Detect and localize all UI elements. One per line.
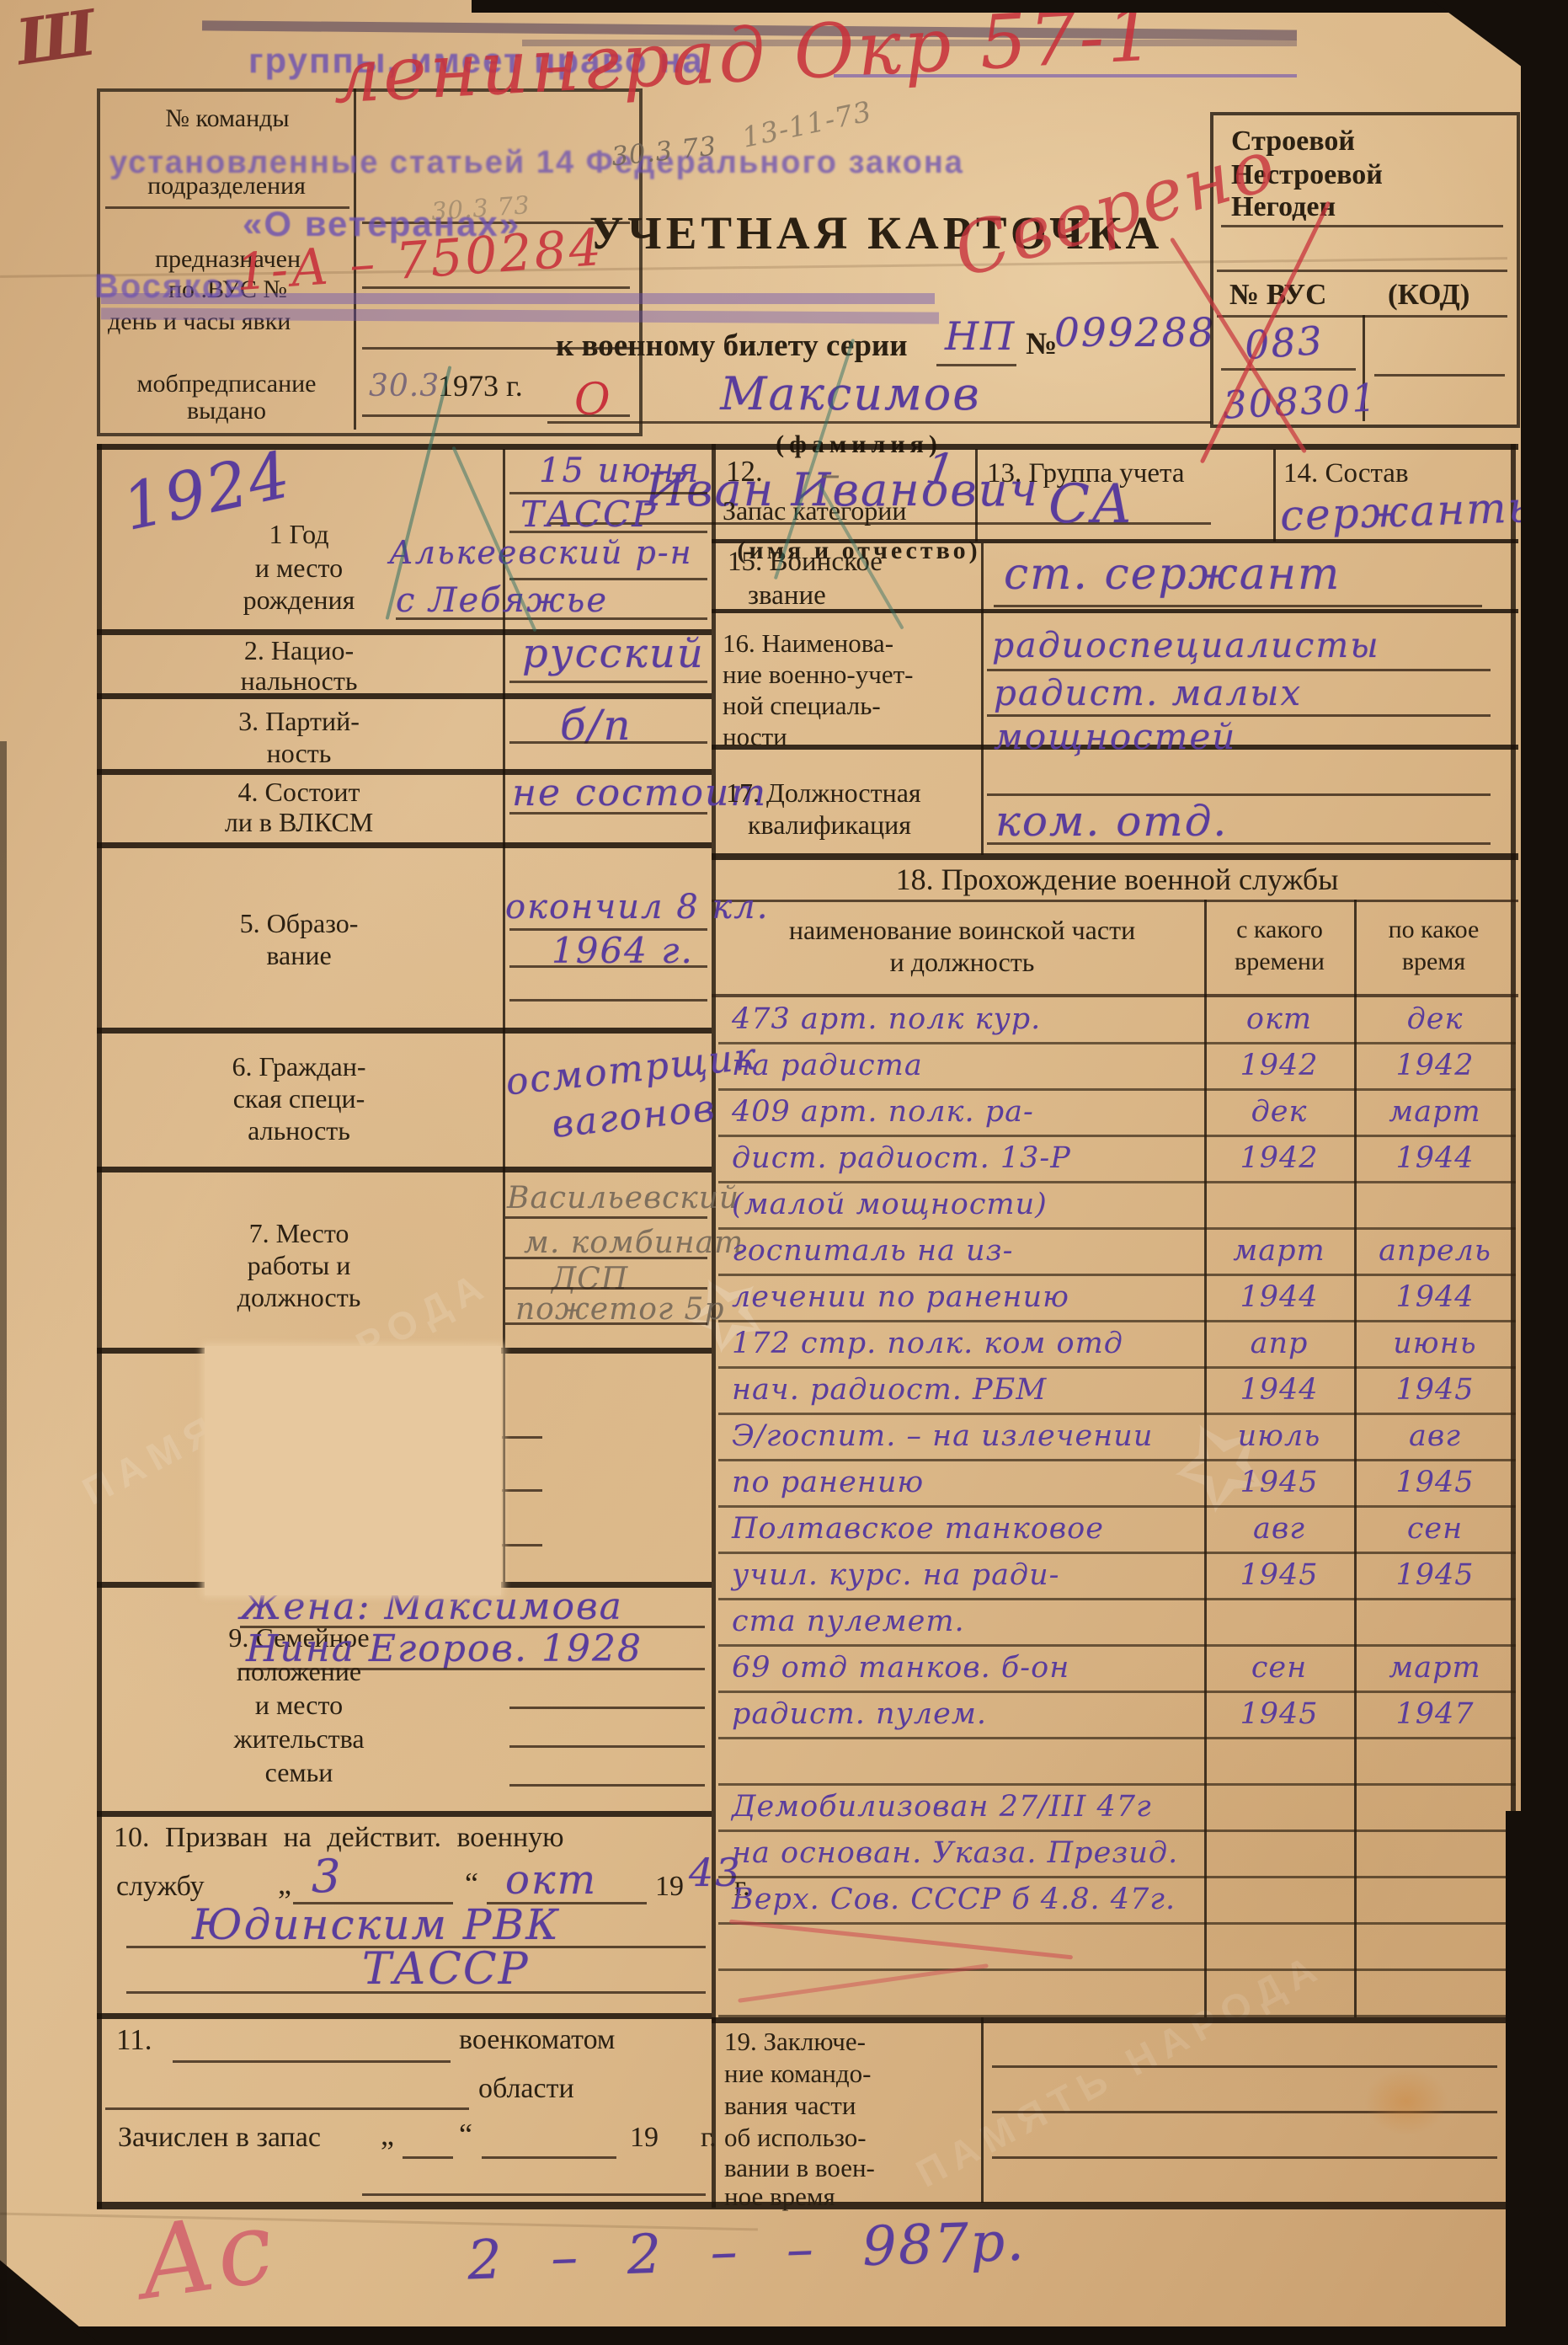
value-rule (509, 578, 707, 580)
nationality-value: русский (522, 630, 705, 677)
field6-label: альность (101, 1117, 497, 1146)
field6-label: ская специ- (101, 1085, 497, 1114)
service-cell: дек (1354, 998, 1516, 1044)
service-cell: ста пулемет. (718, 1600, 1204, 1647)
tally-note: 2 – 2 – – 987р. (467, 2210, 1027, 2292)
red-initials: Ас (131, 2187, 282, 2321)
service-cell: дист. радиост. 13-Р (718, 1137, 1204, 1183)
service-cell: 69 отд танков. б-он (718, 1647, 1204, 1693)
service-col-header-unit: наименование воинской части (724, 916, 1200, 945)
service-cell: окт (1204, 998, 1354, 1044)
service-line: радист. пулем.19451947 (718, 1693, 1516, 1739)
series-value: НП (945, 313, 1016, 359)
service-cell: 473 арт. полк кур. (718, 998, 1204, 1044)
field16-label: 16. Наименова- (723, 630, 893, 658)
value-rule (396, 617, 707, 620)
value-rule (509, 741, 707, 744)
surname-rule (547, 421, 1211, 424)
field4-label: 4. Состоит (101, 778, 497, 807)
draft-day-value: 3 (312, 1850, 342, 1903)
value-rule (105, 2107, 469, 2110)
service-cell: 1945 (1354, 1369, 1516, 1415)
military-specialty-value: мощностей (994, 716, 1236, 757)
service-line: нач. радиост. РБМ19441945 (718, 1369, 1516, 1415)
service-line: лечении по ранению19441944 (718, 1276, 1516, 1322)
service-line (718, 1971, 1516, 2017)
value-rule (505, 1322, 707, 1325)
service-line: на радиста19421942 (718, 1044, 1516, 1091)
field7-label: должность (101, 1284, 497, 1312)
birth-date-value: 15 июня (539, 451, 700, 490)
workplace-value: Васильевский (507, 1181, 739, 1215)
service-cell (1204, 1832, 1354, 1878)
service-col-header-to: по какое (1356, 916, 1512, 943)
field14-label: 14. Состав (1283, 459, 1409, 489)
draft-office-value: Юдинским РВК (192, 1900, 560, 1949)
value-rule (173, 2060, 451, 2063)
value-rule (987, 669, 1491, 671)
field2-label: нальность (101, 667, 497, 696)
row-separator (712, 853, 1518, 860)
row-separator (97, 1811, 712, 1817)
service-line: дист. радиост. 13-Р19421944 (718, 1137, 1516, 1183)
mobilization-date-year: 1973 г. (438, 371, 523, 403)
service-cell (1204, 1600, 1354, 1647)
cell-divider (975, 449, 978, 542)
service-cell: март (1354, 1091, 1516, 1137)
scan-edge-top (472, 0, 1568, 13)
field3-label: ность (101, 740, 497, 768)
service-line: ста пулемет. (718, 1600, 1516, 1647)
value-rule (502, 1544, 542, 1546)
field7-label: работы и (101, 1252, 497, 1280)
field15-label: звание (748, 581, 826, 611)
service-cell: на радиста (718, 1044, 1204, 1091)
number-value: 099288 (1054, 310, 1215, 356)
subtitle: к военному билету серии (556, 330, 908, 363)
service-cell: 1945 (1354, 1554, 1516, 1600)
quote-mark: „ (381, 2119, 394, 2151)
vus-value: 083 (1243, 318, 1325, 368)
service-cell (1354, 1925, 1516, 1971)
field4-label: ли в ВЛКСМ (101, 809, 497, 837)
service-cell: 1942 (1354, 1044, 1516, 1091)
row-separator (97, 842, 712, 848)
service-cell: 1944 (1204, 1369, 1354, 1415)
service-cell: дек (1204, 1091, 1354, 1137)
field12-number: 12. (726, 457, 763, 488)
field6-label: 6. Граждан- (101, 1053, 497, 1082)
stamp-strike (101, 293, 935, 304)
field11-year-print: 19 (630, 2123, 659, 2153)
qualification-value: ком. отд. (995, 797, 1228, 846)
birth-village-value: с Лебяжье (396, 581, 608, 620)
service-cell: апр (1204, 1322, 1354, 1369)
draft-month-value: окт (505, 1856, 597, 1904)
service-cell (1354, 1971, 1516, 2017)
service-line: 409 арт. полк. ра-декмарт (718, 1091, 1516, 1137)
value-rule (987, 793, 1491, 796)
military-specialty-value: радист. малых (994, 672, 1302, 713)
service-cell: Э/госпит. – на излечении (718, 1415, 1204, 1461)
fitness-rule (1221, 225, 1503, 227)
service-cell: 1945 (1354, 1461, 1516, 1508)
record-group-value: СА (1048, 473, 1133, 536)
row-separator (712, 539, 1518, 543)
service-cell (1204, 1183, 1354, 1230)
service-section-title: 18. Прохождение военной службы (718, 864, 1516, 896)
surname-value: Максимов (674, 367, 1027, 420)
value-rule (509, 681, 707, 683)
value-rule (509, 1784, 705, 1787)
rank-value: ст. сержант (1004, 549, 1341, 600)
mobilization-date-day: 30.3 (369, 369, 440, 403)
cell-divider (981, 2017, 984, 2203)
value-rule (482, 2156, 616, 2159)
service-cell (1354, 1739, 1516, 1786)
draft-year-print: 19 (655, 1872, 684, 1902)
field17-label: квалификация (748, 811, 911, 840)
service-line: на основан. Указа. Презид. (718, 1832, 1516, 1878)
value-rule (987, 842, 1491, 845)
service-cell: июль (1204, 1415, 1354, 1461)
service-line: Демобилизован 27/III 47г (718, 1786, 1516, 1832)
field5-label: 5. Образо- (101, 910, 497, 938)
service-cell: апрель (1354, 1230, 1516, 1276)
redaction-patch (205, 1346, 501, 1595)
service-line: Э/госпит. – на излечениииюльавг (718, 1415, 1516, 1461)
service-cell: 1944 (1204, 1276, 1354, 1322)
service-line: учил. курс. на ради-19451945 (718, 1554, 1516, 1600)
service-col-header-to: время (1356, 948, 1512, 975)
service-cell (1204, 1739, 1354, 1786)
birth-district-value: Алькеевский р-н (389, 534, 693, 571)
service-cell: по ранению (718, 1461, 1204, 1508)
military-registration-card: ПАМЯТЬ НАРОДА ПАМЯТЬ НАРОДА ✩ ✩ № команд… (0, 0, 1568, 2345)
service-cell: сен (1354, 1508, 1516, 1554)
field12-label: Запас категории (723, 497, 907, 526)
code-value: 308301 (1222, 375, 1379, 428)
service-cell: март (1354, 1647, 1516, 1693)
value-rule (992, 2156, 1497, 2159)
field11-line3: Зачислен в запас (118, 2123, 321, 2153)
service-line: (малой мощности) (718, 1183, 1516, 1230)
quote-mark: “ (465, 1868, 478, 1900)
service-cell: 1942 (1204, 1044, 1354, 1091)
service-line: госпиталь на из-мартапрель (718, 1230, 1516, 1276)
service-cell (1354, 1878, 1516, 1925)
service-cell: авг (1354, 1415, 1516, 1461)
service-cell: март (1204, 1230, 1354, 1276)
value-rule (509, 812, 707, 815)
service-cell: госпиталь на из- (718, 1230, 1204, 1276)
series-rule (936, 364, 1016, 366)
service-cell: сен (1204, 1647, 1354, 1693)
number-sign: № (1026, 329, 1057, 361)
field2-label: 2. Нацио- (101, 637, 497, 665)
service-cell: учил. курс. на ради- (718, 1554, 1204, 1600)
service-cell: радист. пулем. (718, 1693, 1204, 1739)
field19-label: вания части (724, 2092, 856, 2120)
family-value: Нина Егоров. 1928 (246, 1627, 643, 1670)
service-cell: 1944 (1354, 1276, 1516, 1322)
field11-word1: военкоматом (459, 2025, 615, 2055)
service-line: Верх. Сов. СССР б 4.8. 47г. (718, 1878, 1516, 1925)
paper-edge-shade (0, 741, 7, 2342)
row-separator (97, 1028, 712, 1034)
service-cell: 1945 (1204, 1693, 1354, 1739)
value-rule (505, 1216, 707, 1219)
birth-republic-value: ТАССР (520, 494, 657, 535)
field17-label: 17. Должностная (726, 779, 921, 808)
field16-label: ности (723, 724, 787, 751)
service-line: 473 арт. полк кур.октдек (718, 998, 1516, 1044)
fitness-rule (1221, 368, 1356, 371)
field9-label: семьи (101, 1759, 497, 1787)
red-stray-letter: О (574, 375, 613, 425)
workplace-value: пожетог 5р (515, 1292, 724, 1327)
service-line: 69 отд танков. б-онсенмарт (718, 1647, 1516, 1693)
service-col-header-from: времени (1206, 948, 1353, 975)
field16-label: ние военно-учет- (723, 661, 913, 689)
service-cell: 172 стр. полк. ком отд (718, 1322, 1204, 1369)
service-line (718, 1739, 1516, 1786)
row-separator (712, 2017, 1518, 2023)
field11-number: 11. (116, 2025, 152, 2056)
fitness-rule (1374, 374, 1505, 377)
service-col-header-unit: и должность (724, 948, 1200, 977)
service-cell (1354, 1786, 1516, 1832)
service-cell: 409 арт. полк. ра- (718, 1091, 1204, 1137)
service-cell (1204, 1971, 1354, 2017)
value-rule (505, 1257, 707, 1259)
field19-label: 19. Заключе- (724, 2028, 866, 2056)
service-cell: 1942 (1204, 1137, 1354, 1183)
service-cell (1204, 1878, 1354, 1925)
value-rule (509, 1707, 705, 1709)
military-specialty-value: радиоспециалисты (992, 625, 1380, 665)
row-separator (712, 609, 1518, 613)
value-rule (994, 605, 1482, 607)
service-cell: 1945 (1204, 1461, 1354, 1508)
field19-label: об использо- (724, 2124, 867, 2152)
field11-year-suffix: г. (701, 2123, 717, 2153)
draft-republic-value: ТАССР (362, 1944, 530, 1995)
service-rows: 473 арт. полк кур.октдекна радиста194219… (718, 998, 1516, 2017)
stain (1364, 2068, 1448, 2135)
stamp-label-issued: выдано (104, 398, 349, 425)
scan-edge-right-lower (1506, 1811, 1568, 2345)
scan-edge-bottom (0, 2326, 1568, 2345)
row-separator (712, 900, 1518, 902)
service-cell: лечении по ранению (718, 1276, 1204, 1322)
service-cell: 1945 (1204, 1554, 1354, 1600)
field3-label: 3. Партий- (101, 708, 497, 736)
service-col-header-from: с какого (1206, 916, 1353, 943)
field10-word: службу (116, 1872, 205, 1902)
service-cell: Верх. Сов. СССР б 4.8. 47г. (718, 1878, 1204, 1925)
veteran-stamp-line2: установленные статьей 14 Федерального за… (109, 145, 964, 181)
field16-label: ной специаль- (723, 692, 881, 720)
quote-mark: “ (459, 2119, 472, 2151)
value-rule (403, 2156, 453, 2159)
service-line: по ранению19451945 (718, 1461, 1516, 1508)
field9-label: и место (101, 1691, 497, 1720)
value-rule (362, 2193, 706, 2196)
service-cell: июнь (1354, 1322, 1516, 1369)
service-cell: Полтавское танковое (718, 1508, 1204, 1554)
service-cell (1354, 1600, 1516, 1647)
quote-mark: „ (278, 1868, 291, 1900)
field5-label: вание (101, 942, 497, 970)
red-top-note: ленинград Окр 57-1 (331, 0, 1158, 120)
service-cell: нач. радиост. РБМ (718, 1369, 1204, 1415)
value-rule (505, 1287, 707, 1290)
row-separator (712, 994, 1518, 997)
service-cell: 1944 (1354, 1137, 1516, 1183)
workplace-value: м. комбинат (524, 1226, 744, 1260)
service-line: 172 стр. полк. ком отдаприюнь (718, 1322, 1516, 1369)
service-cell (1204, 1786, 1354, 1832)
service-cell (1204, 1925, 1354, 1971)
service-cell (1354, 1832, 1516, 1878)
code-label: (КОД) (1388, 280, 1469, 311)
stamp-label-team: № команды (109, 105, 345, 132)
field19-label: вании в воен- (724, 2155, 875, 2182)
value-rule (509, 531, 707, 533)
value-rule (509, 1745, 705, 1748)
row-separator (97, 1167, 712, 1172)
value-rule (240, 1668, 705, 1670)
stamp-label-mobilization: мобпредписание (104, 371, 349, 398)
service-cell: 1947 (1354, 1693, 1516, 1739)
row-separator (97, 2013, 712, 2019)
field7-label: 7. Место (101, 1220, 497, 1248)
service-cell: Демобилизован 27/III 47г (718, 1786, 1204, 1832)
value-rule (502, 1436, 542, 1439)
field9-label: жительства (101, 1725, 497, 1754)
service-cell (1354, 1183, 1516, 1230)
field11-word2: области (478, 2074, 574, 2104)
composition-value: сержанты (1279, 483, 1544, 541)
fitness-rule (1217, 270, 1507, 272)
field19-label: ное время (724, 2183, 835, 2211)
cell-divider (981, 543, 984, 855)
cell-divider (1273, 449, 1276, 542)
corner-mark: Ш (12, 0, 103, 79)
service-cell: на основан. Указа. Презид. (718, 1832, 1204, 1878)
service-cell (718, 1739, 1204, 1786)
value-rule (126, 1991, 706, 1994)
service-cell: авг (1204, 1508, 1354, 1554)
value-rule (502, 1489, 542, 1492)
field10-label: 10. Призван на действит. военную (114, 1823, 564, 1853)
service-line: Полтавское танковоеавгсен (718, 1508, 1516, 1554)
workplace-value: ДСП (552, 1262, 628, 1296)
field19-label: ние командо- (724, 2060, 871, 2088)
value-rule (509, 999, 707, 1002)
value-rule (509, 965, 707, 968)
service-cell: (малой мощности) (718, 1183, 1204, 1230)
